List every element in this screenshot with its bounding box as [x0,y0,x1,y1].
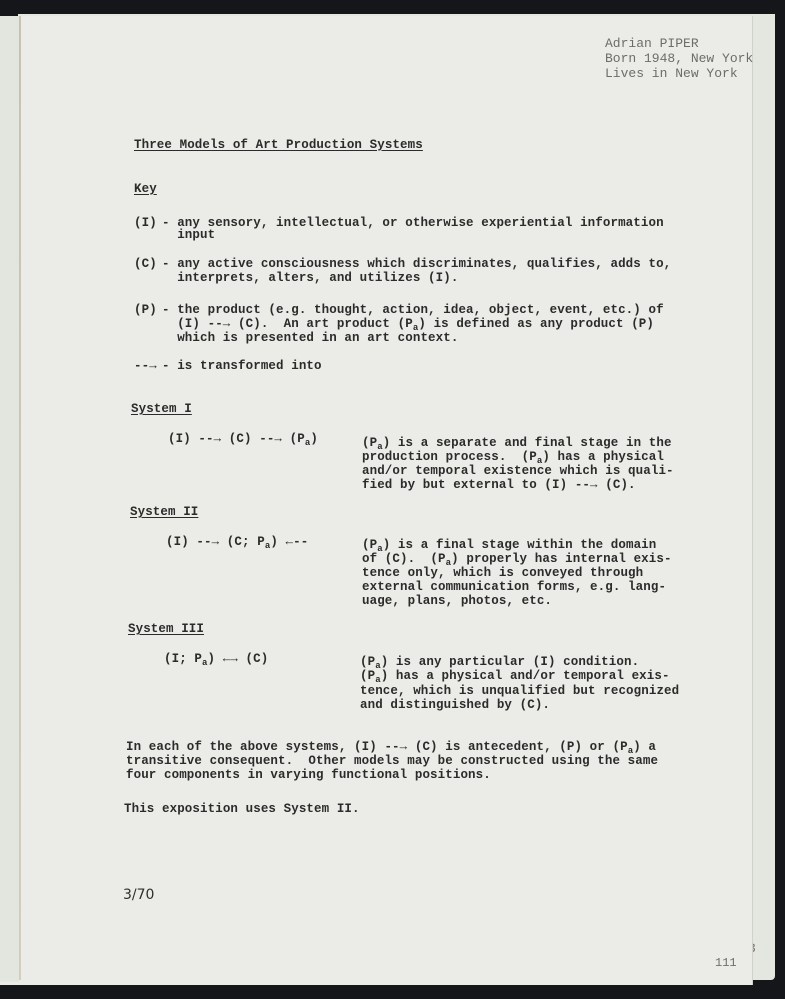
system-formula: (I) --→ (C) --→ (Pa) [168,432,318,450]
document-title: Three Models of Art Production Systems [134,138,423,152]
key-heading: Key [134,182,157,196]
key-definition-line: - any sensory, intellectual, or otherwis… [162,216,664,230]
binding-gutter [19,16,21,980]
handwritten-date: 3/70 [123,888,154,902]
document-page [0,16,752,985]
artist-name: Adrian PIPER [605,37,699,52]
system-description-line: and/or temporal existence which is quali… [362,464,674,478]
key-definition-line: interprets, alters, and utilizes (I). [162,271,458,285]
system-description-line: external communication forms, e.g. lang- [362,580,666,594]
conclusion-line: four components in varying functional po… [126,768,491,782]
key-symbol: (I) [134,216,157,230]
system-heading: System III [128,622,204,636]
system-formula: (I) --→ (C; Pa) ←-- [166,535,308,553]
system-description-line: fied by but external to (I) --→ (C). [362,478,636,492]
artist-residence: Lives in New York [605,67,738,82]
system-description-line: uage, plans, photos, etc. [362,594,552,608]
system-description-line: tence, which is unqualified but recogniz… [360,684,679,698]
key-definition-line: - the product (e.g. thought, action, ide… [162,303,664,317]
key-definition-line: which is presented in an art context. [162,331,458,345]
artist-born: Born 1948, New York [605,52,753,67]
key-definition-line: input [162,228,215,242]
system-description-line: and distinguished by (C). [360,698,550,712]
key-symbol: (P) [134,303,157,317]
closing-statement: This exposition uses System II. [124,802,360,816]
page-number: 111 [715,956,737,970]
system-formula: (I; Pa) ←→ (C) [164,652,268,670]
key-symbol-arrow: --→ [134,359,157,373]
system-heading: System II [130,505,198,519]
system-heading: System I [131,402,192,416]
key-symbol: (C) [134,257,157,271]
key-definition-line: - is transformed into [162,359,322,373]
conclusion-line: transitive consequent. Other models may … [126,754,658,768]
facing-page-edge [0,16,19,982]
system-description-line: tence only, which is conveyed through [362,566,643,580]
key-definition-line: - any active consciousness which discrim… [162,257,671,271]
